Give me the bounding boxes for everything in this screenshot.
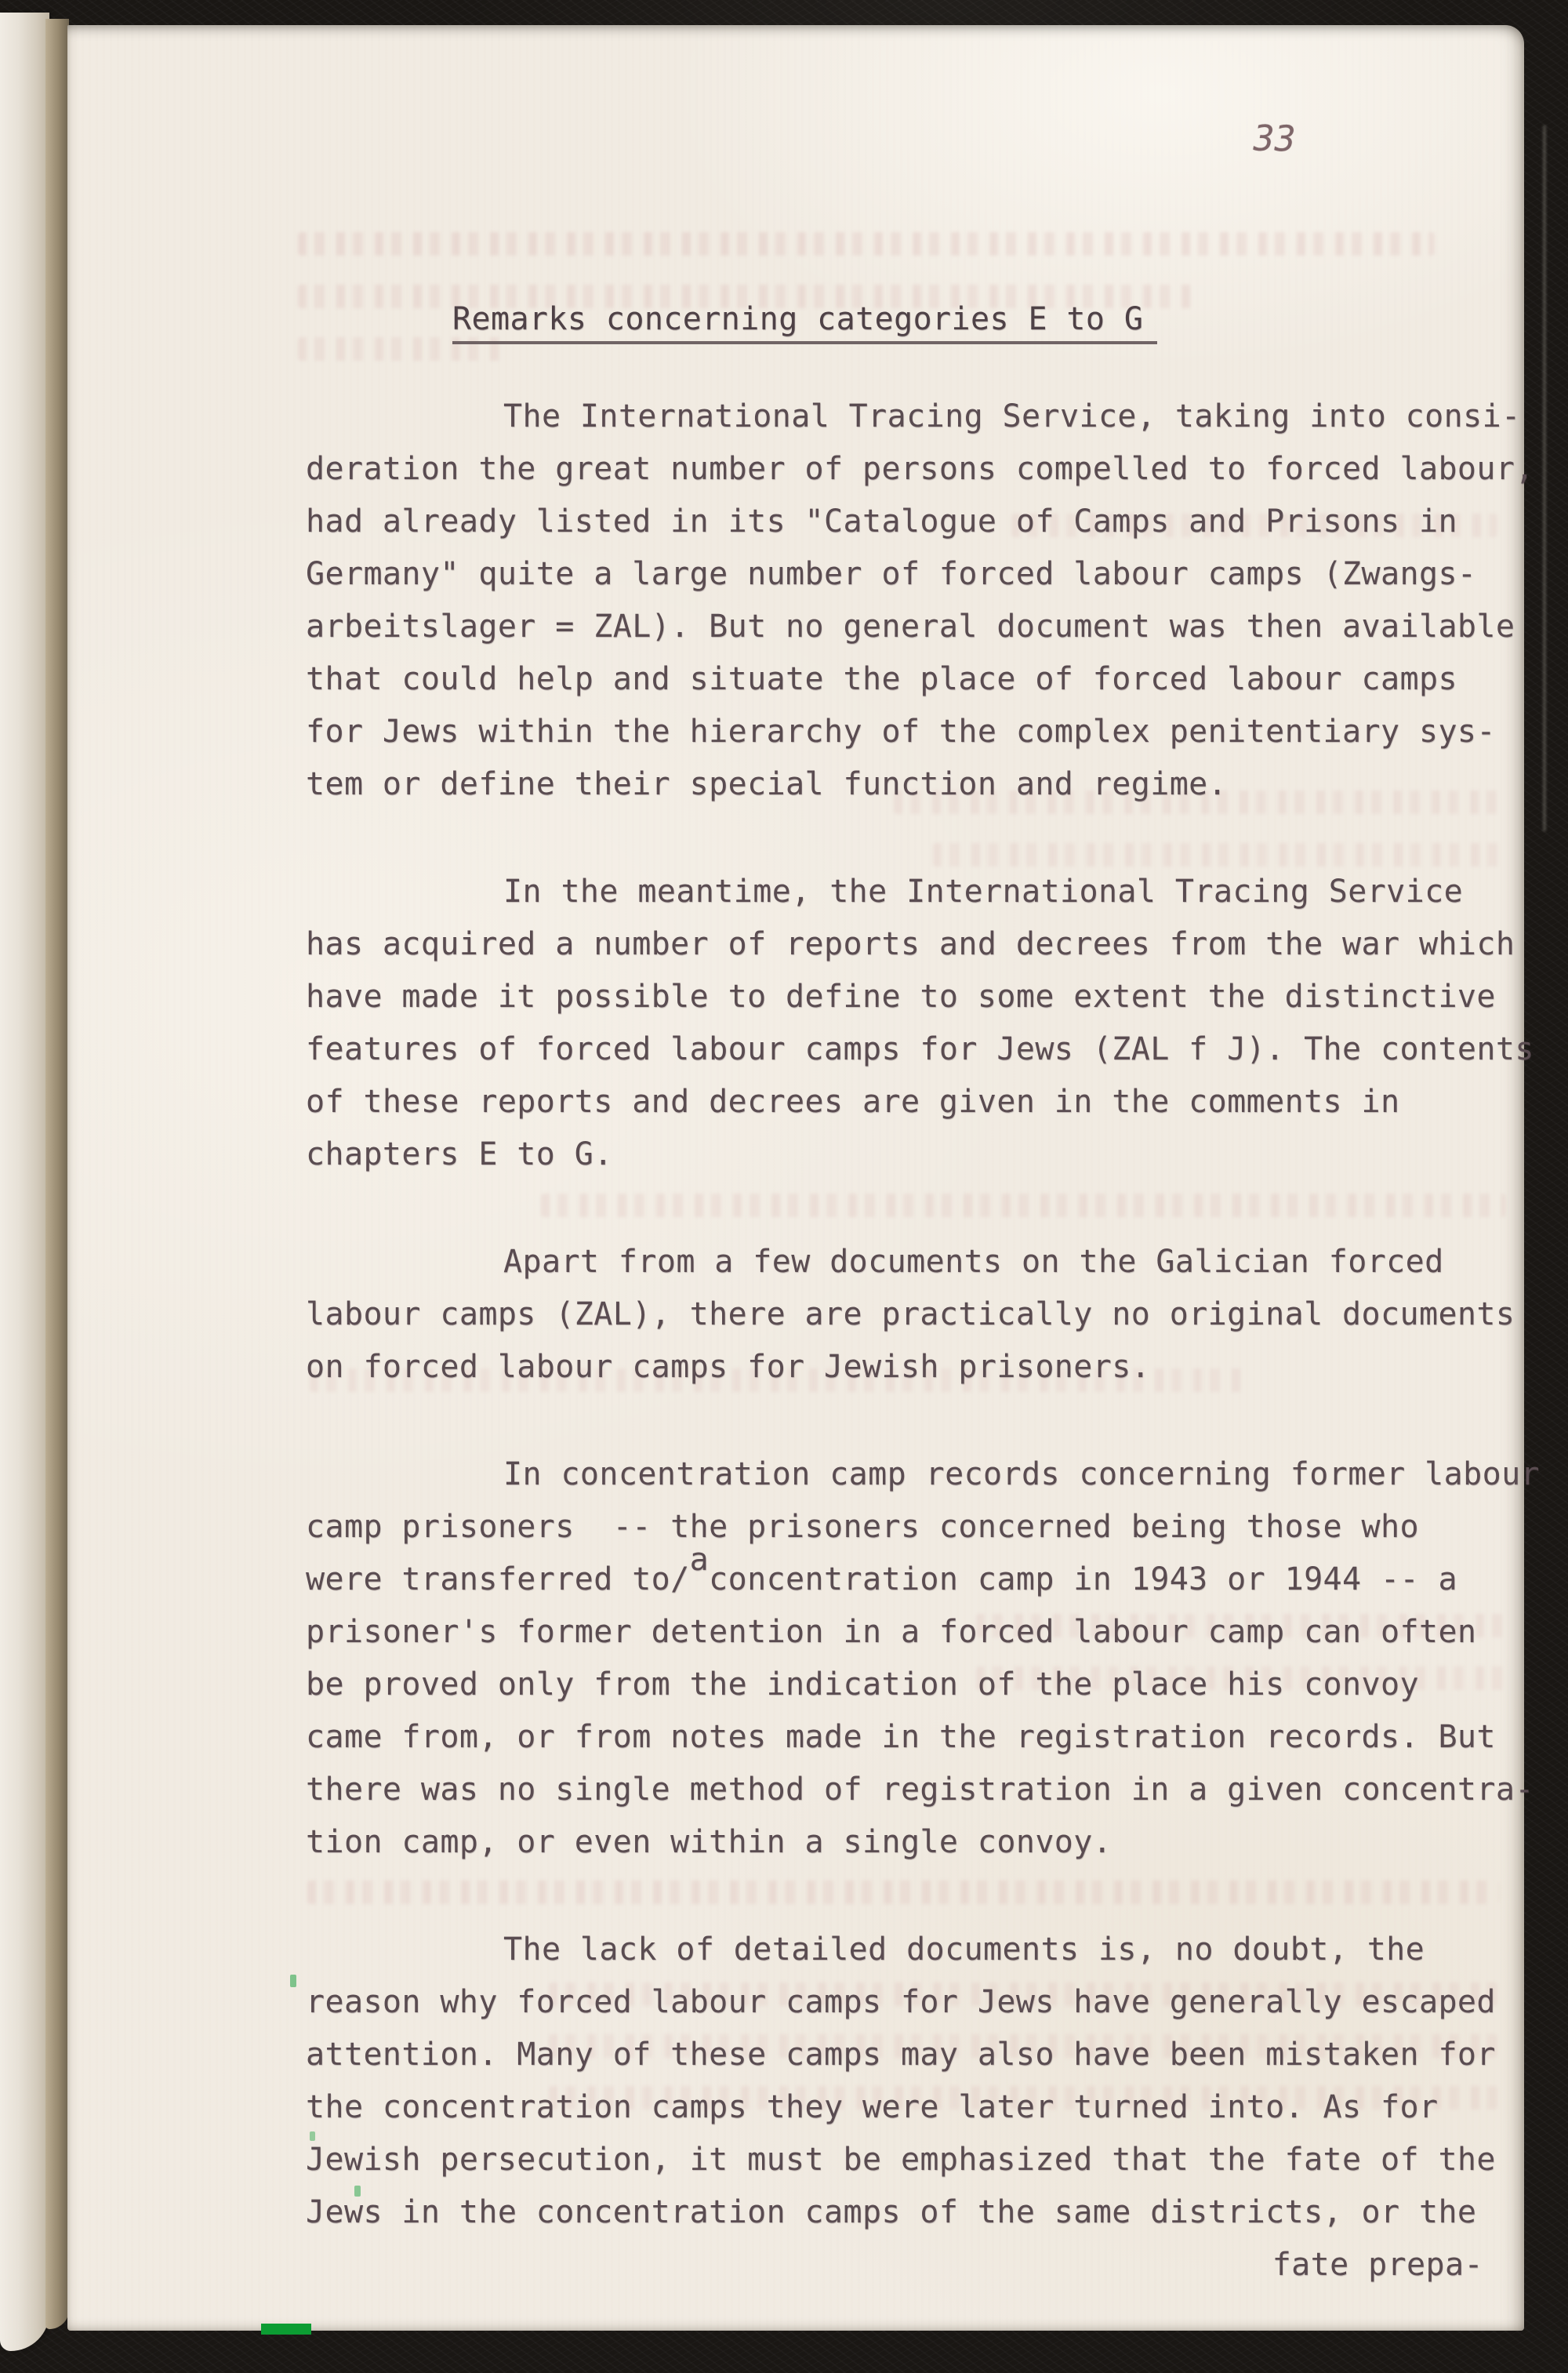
text-line: the concentration camps they were later …: [306, 2081, 1523, 2134]
text-line: In the meantime, the International Traci…: [306, 866, 1523, 918]
text-line: has acquired a number of reports and dec…: [306, 918, 1523, 971]
scan-artifact-speck: [290, 1975, 296, 1987]
text-line: The lack of detailed documents is, no do…: [306, 1924, 1523, 1976]
text-line: that could help and situate the place of…: [306, 653, 1523, 706]
text-line: on forced labour camps for Jewish prison…: [306, 1341, 1523, 1394]
text-line: prisoner's former detention in a forced …: [306, 1606, 1523, 1659]
text-line: tem or define their special function and…: [306, 758, 1523, 811]
text-line: Apart from a few documents on the Galici…: [306, 1236, 1523, 1288]
text-line: arbeitslager = ZAL). But no general docu…: [306, 601, 1523, 653]
text-line: fate prepa-: [306, 2239, 1523, 2291]
text-line: attention. Many of these camps may also …: [306, 2029, 1523, 2081]
paragraph: The International Tracing Service, takin…: [306, 391, 1523, 811]
text-line: tion camp, or even within a single convo…: [306, 1816, 1523, 1869]
text-line: Jewish persecution, it must be emphasize…: [306, 2134, 1523, 2186]
text-line: Jews in the concentration camps of the s…: [306, 2186, 1523, 2239]
text-line: deration the great number of persons com…: [306, 443, 1523, 496]
scanned-document-photo: 33 Remarks concerning categories E to G …: [0, 0, 1568, 2373]
section-heading: Remarks concerning categories E to G: [452, 301, 1157, 344]
scan-artifact-speck: [310, 2131, 315, 2141]
inserted-character-above-line: a: [690, 1534, 709, 1586]
page-stack-highlight: [1543, 125, 1546, 831]
text-line: have made it possible to define to some …: [306, 971, 1523, 1023]
text-line: came from, or from notes made in the reg…: [306, 1711, 1523, 1764]
paragraph: In the meantime, the International Traci…: [306, 866, 1523, 1181]
text-line: features of forced labour camps for Jews…: [306, 1023, 1523, 1076]
paragraph: The lack of detailed documents is, no do…: [306, 1924, 1523, 2291]
bleed-through-line: [298, 232, 1435, 256]
book-page-edge: [0, 13, 49, 2351]
paragraph: Apart from a few documents on the Galici…: [306, 1236, 1523, 1394]
page-edge-shadow: [45, 19, 69, 2329]
text-line: chapters E to G.: [306, 1128, 1523, 1181]
text-line: of these reports and decrees are given i…: [306, 1076, 1523, 1128]
text-line: The International Tracing Service, takin…: [306, 391, 1523, 443]
text-line: were transferred to/aconcentration camp …: [306, 1554, 1523, 1606]
scan-artifact-green-strip: [261, 2324, 311, 2335]
text-line: had already listed in its "Catalogue of …: [306, 496, 1523, 548]
text-line: there was no single method of registrati…: [306, 1764, 1523, 1816]
page-number: 33: [1249, 118, 1299, 160]
paragraph: In concentration camp records concerning…: [306, 1448, 1523, 1869]
text-line: reason why forced labour camps for Jews …: [306, 1976, 1523, 2029]
text-line: be proved only from the indication of th…: [306, 1659, 1523, 1711]
text-line: labour camps (ZAL), there are practicall…: [306, 1288, 1523, 1341]
text-line: camp prisoners -- the prisoners concerne…: [306, 1501, 1523, 1554]
document-body: The International Tracing Service, takin…: [306, 391, 1523, 2346]
text-line: In concentration camp records concerning…: [306, 1448, 1523, 1501]
text-line: for Jews within the hierarchy of the com…: [306, 706, 1523, 758]
scan-artifact-speck: [354, 2186, 361, 2197]
text-line: Germany" quite a large number of forced …: [306, 548, 1523, 601]
